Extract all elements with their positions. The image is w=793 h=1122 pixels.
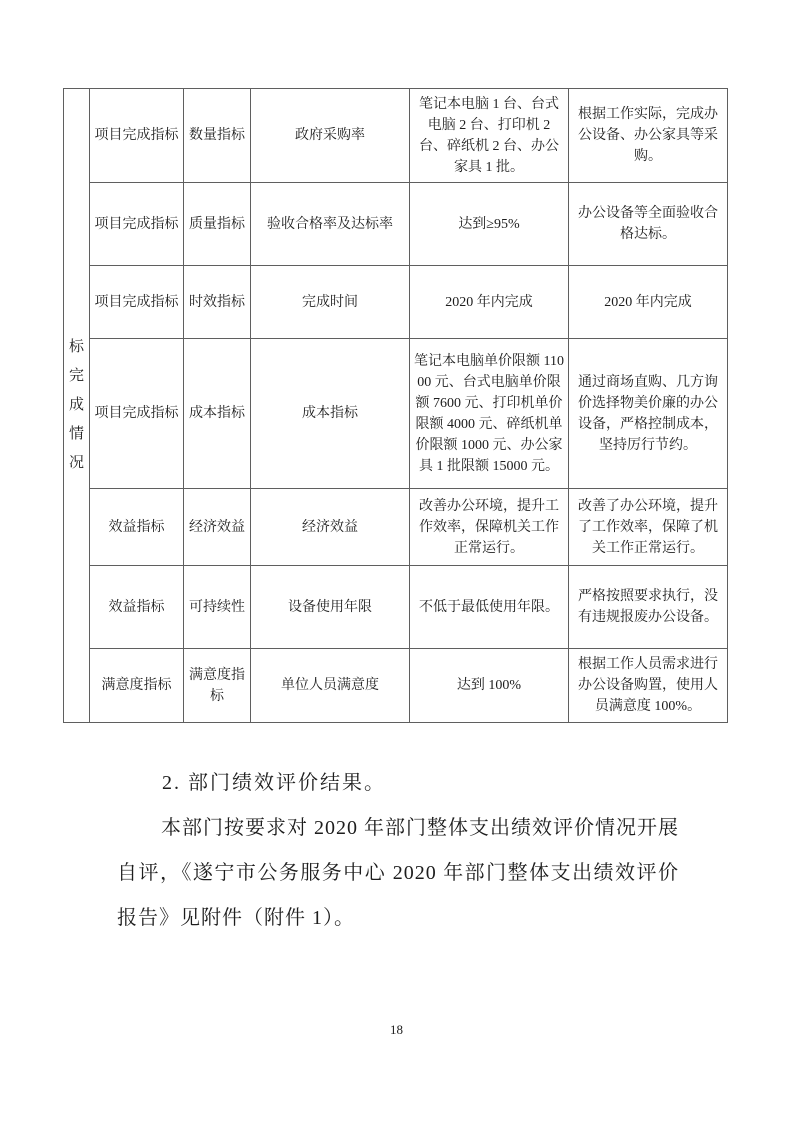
indicator-name-cell: 完成时间 — [251, 266, 410, 339]
secondary-indicator-cell: 数量指标 — [184, 89, 251, 183]
indicator-name-cell: 验收合格率及达标率 — [251, 183, 410, 266]
completion-note-cell: 根据工作人员需求进行办公设备购置，使用人员满意度 100%。 — [569, 649, 728, 723]
table-row: 项目完成指标 质量指标 验收合格率及达标率 达到≥95% 办公设备等全面验收合格… — [64, 183, 728, 266]
secondary-indicator-cell: 成本指标 — [184, 339, 251, 489]
primary-indicator-cell: 效益指标 — [90, 566, 184, 649]
document-page: 标完成情况 项目完成指标 数量指标 政府采购率 笔记本电脑 1 台、台式电脑 2… — [0, 0, 793, 1122]
row-group-label-cell: 标完成情况 — [64, 89, 90, 723]
primary-indicator-cell: 项目完成指标 — [90, 266, 184, 339]
target-value-cell: 达到 100% — [410, 649, 569, 723]
completion-note-cell: 改善了办公环境，提升了工作效率，保障了机关工作正常运行。 — [569, 489, 728, 566]
table-row: 满意度指标 满意度指标 单位人员满意度 达到 100% 根据工作人员需求进行办公… — [64, 649, 728, 723]
completion-note-cell: 通过商场直购、几方询价选择物美价廉的办公设备，严格控制成本，坚持厉行节约。 — [569, 339, 728, 489]
primary-indicator-cell: 满意度指标 — [90, 649, 184, 723]
body-paragraph: 本部门按要求对 2020 年部门整体支出绩效评价情况开展自评，《遂宁市公务服务中… — [117, 806, 679, 941]
secondary-indicator-cell: 质量指标 — [184, 183, 251, 266]
indicator-name-cell: 经济效益 — [251, 489, 410, 566]
section-heading: 2. 部门绩效评价结果。 — [162, 766, 386, 795]
table-row: 效益指标 经济效益 经济效益 改善办公环境，提升工作效率，保障机关工作正常运行。… — [64, 489, 728, 566]
page-number: 18 — [0, 1022, 793, 1038]
primary-indicator-cell: 效益指标 — [90, 489, 184, 566]
target-value-cell: 改善办公环境，提升工作效率，保障机关工作正常运行。 — [410, 489, 569, 566]
target-value-cell: 达到≥95% — [410, 183, 569, 266]
secondary-indicator-cell: 满意度指标 — [184, 649, 251, 723]
primary-indicator-cell: 项目完成指标 — [90, 183, 184, 266]
secondary-indicator-cell: 时效指标 — [184, 266, 251, 339]
target-value-cell: 不低于最低使用年限。 — [410, 566, 569, 649]
primary-indicator-cell: 项目完成指标 — [90, 89, 184, 183]
completion-note-cell: 严格按照要求执行，没有违规报废办公设备。 — [569, 566, 728, 649]
indicator-name-cell: 成本指标 — [251, 339, 410, 489]
indicator-name-cell: 设备使用年限 — [251, 566, 410, 649]
indicator-name-cell: 政府采购率 — [251, 89, 410, 183]
completion-note-cell: 办公设备等全面验收合格达标。 — [569, 183, 728, 266]
target-value-cell: 笔记本电脑 1 台、台式电脑 2 台、打印机 2 台、碎纸机 2 台、办公家具 … — [410, 89, 569, 183]
table-row: 效益指标 可持续性 设备使用年限 不低于最低使用年限。 严格按照要求执行，没有违… — [64, 566, 728, 649]
completion-note-cell: 根据工作实际，完成办公设备、办公家具等采购。 — [569, 89, 728, 183]
vertical-group-label: 标完成情况 — [69, 333, 84, 478]
target-value-cell: 2020 年内完成 — [410, 266, 569, 339]
secondary-indicator-cell: 经济效益 — [184, 489, 251, 566]
completion-note-cell: 2020 年内完成 — [569, 266, 728, 339]
primary-indicator-cell: 项目完成指标 — [90, 339, 184, 489]
table-row: 项目完成指标 时效指标 完成时间 2020 年内完成 2020 年内完成 — [64, 266, 728, 339]
performance-indicator-table: 标完成情况 项目完成指标 数量指标 政府采购率 笔记本电脑 1 台、台式电脑 2… — [63, 88, 728, 723]
target-value-cell: 笔记本电脑单价限额 11000 元、台式电脑单价限额 7600 元、打印机单价限… — [410, 339, 569, 489]
secondary-indicator-cell: 可持续性 — [184, 566, 251, 649]
indicator-name-cell: 单位人员满意度 — [251, 649, 410, 723]
table-row: 项目完成指标 成本指标 成本指标 笔记本电脑单价限额 11000 元、台式电脑单… — [64, 339, 728, 489]
table-row: 标完成情况 项目完成指标 数量指标 政府采购率 笔记本电脑 1 台、台式电脑 2… — [64, 89, 728, 183]
